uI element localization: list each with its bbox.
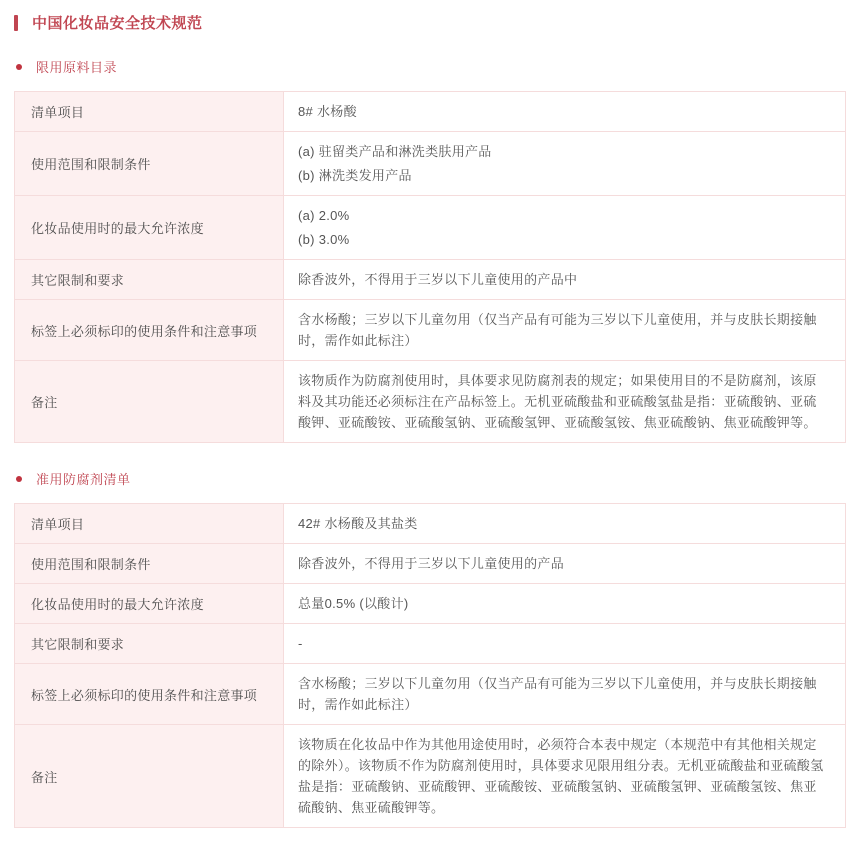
table-row: 使用范围和限制条件 (a) 驻留类产品和淋洗类肤用产品(b) 淋洗类发用产品: [15, 132, 846, 196]
section-heading-restricted-ingredients: 限用原料目录: [16, 57, 846, 76]
row-value: 42# 水杨酸及其盐类: [284, 504, 846, 544]
value-line: 该物质在化妆品中作为其他用途使用时，必须符合本表中规定（本规范中有其他相关规定的…: [298, 734, 829, 818]
table-row: 标签上必须标印的使用条件和注意事项 含水杨酸；三岁以下儿童勿用（仅当产品有可能为…: [15, 664, 846, 725]
row-label: 备注: [15, 361, 284, 443]
row-label: 使用范围和限制条件: [15, 544, 284, 584]
row-value: (a) 驻留类产品和淋洗类肤用产品(b) 淋洗类发用产品: [284, 132, 846, 196]
table-row: 备注 该物质在化妆品中作为其他用途使用时，必须符合本表中规定（本规范中有其他相关…: [15, 725, 846, 828]
row-label: 清单项目: [15, 92, 284, 132]
title-accent-bar: [14, 15, 18, 31]
table-row: 化妆品使用时的最大允许浓度 总量0.5% (以酸计): [15, 584, 846, 624]
row-label: 化妆品使用时的最大允许浓度: [15, 584, 284, 624]
permitted-preservatives-table: 清单项目 42# 水杨酸及其盐类 使用范围和限制条件 除香波外，不得用于三岁以下…: [14, 503, 846, 828]
table-row: 标签上必须标印的使用条件和注意事项 含水杨酸；三岁以下儿童勿用（仅当产品有可能为…: [15, 300, 846, 361]
value-line: 除香波外，不得用于三岁以下儿童使用的产品中: [298, 269, 829, 290]
row-value: 该物质在化妆品中作为其他用途使用时，必须符合本表中规定（本规范中有其他相关规定的…: [284, 725, 846, 828]
bullet-icon: [16, 64, 22, 70]
table-row: 其它限制和要求 -: [15, 624, 846, 664]
value-line: 该物质作为防腐剂使用时，具体要求见防腐剂表的规定；如果使用目的不是防腐剂，该原料…: [298, 370, 829, 433]
restricted-ingredients-table: 清单项目 8# 水杨酸 使用范围和限制条件 (a) 驻留类产品和淋洗类肤用产品(…: [14, 91, 846, 443]
table-row: 备注 该物质作为防腐剂使用时，具体要求见防腐剂表的规定；如果使用目的不是防腐剂，…: [15, 361, 846, 443]
page-title-text: 中国化妆品安全技术规范: [32, 12, 203, 33]
row-value: 该物质作为防腐剂使用时，具体要求见防腐剂表的规定；如果使用目的不是防腐剂，该原料…: [284, 361, 846, 443]
row-value: 8# 水杨酸: [284, 92, 846, 132]
row-label: 其它限制和要求: [15, 260, 284, 300]
row-value: 总量0.5% (以酸计): [284, 584, 846, 624]
table-row: 清单项目 42# 水杨酸及其盐类: [15, 504, 846, 544]
section-heading-text: 限用原料目录: [36, 57, 117, 76]
value-line: (a) 2.0%: [298, 205, 829, 226]
value-line: 除香波外，不得用于三岁以下儿童使用的产品: [298, 553, 829, 574]
row-value: 含水杨酸；三岁以下儿童勿用（仅当产品有可能为三岁以下儿童使用，并与皮肤长期接触时…: [284, 300, 846, 361]
value-line: 总量0.5% (以酸计): [298, 593, 829, 614]
row-label: 标签上必须标印的使用条件和注意事项: [15, 664, 284, 725]
value-line: 8# 水杨酸: [298, 101, 829, 122]
table-row: 清单项目 8# 水杨酸: [15, 92, 846, 132]
row-label: 备注: [15, 725, 284, 828]
section-heading-text: 准用防腐剂清单: [36, 469, 131, 488]
row-label: 其它限制和要求: [15, 624, 284, 664]
value-line: (b) 淋洗类发用产品: [298, 165, 829, 186]
row-value: (a) 2.0%(b) 3.0%: [284, 196, 846, 260]
table-row: 其它限制和要求 除香波外，不得用于三岁以下儿童使用的产品中: [15, 260, 846, 300]
value-line: 含水杨酸；三岁以下儿童勿用（仅当产品有可能为三岁以下儿童使用，并与皮肤长期接触时…: [298, 309, 829, 351]
section-heading-permitted-preservatives: 准用防腐剂清单: [16, 469, 846, 488]
value-line: (a) 驻留类产品和淋洗类肤用产品: [298, 141, 829, 162]
value-line: 42# 水杨酸及其盐类: [298, 513, 829, 534]
row-label: 使用范围和限制条件: [15, 132, 284, 196]
bullet-icon: [16, 476, 22, 482]
value-line: 含水杨酸；三岁以下儿童勿用（仅当产品有可能为三岁以下儿童使用，并与皮肤长期接触时…: [298, 673, 829, 715]
table-row: 化妆品使用时的最大允许浓度 (a) 2.0%(b) 3.0%: [15, 196, 846, 260]
row-label: 清单项目: [15, 504, 284, 544]
table-row: 使用范围和限制条件 除香波外，不得用于三岁以下儿童使用的产品: [15, 544, 846, 584]
page: 中国化妆品安全技术规范 限用原料目录 清单项目 8# 水杨酸 使用范围和限制条件…: [0, 0, 860, 852]
row-value: -: [284, 624, 846, 664]
row-value: 除香波外，不得用于三岁以下儿童使用的产品中: [284, 260, 846, 300]
row-value: 除香波外，不得用于三岁以下儿童使用的产品: [284, 544, 846, 584]
value-line: -: [298, 633, 829, 654]
row-value: 含水杨酸；三岁以下儿童勿用（仅当产品有可能为三岁以下儿童使用，并与皮肤长期接触时…: [284, 664, 846, 725]
row-label: 化妆品使用时的最大允许浓度: [15, 196, 284, 260]
row-label: 标签上必须标印的使用条件和注意事项: [15, 300, 284, 361]
page-title: 中国化妆品安全技术规范: [14, 12, 846, 33]
value-line: (b) 3.0%: [298, 229, 829, 250]
